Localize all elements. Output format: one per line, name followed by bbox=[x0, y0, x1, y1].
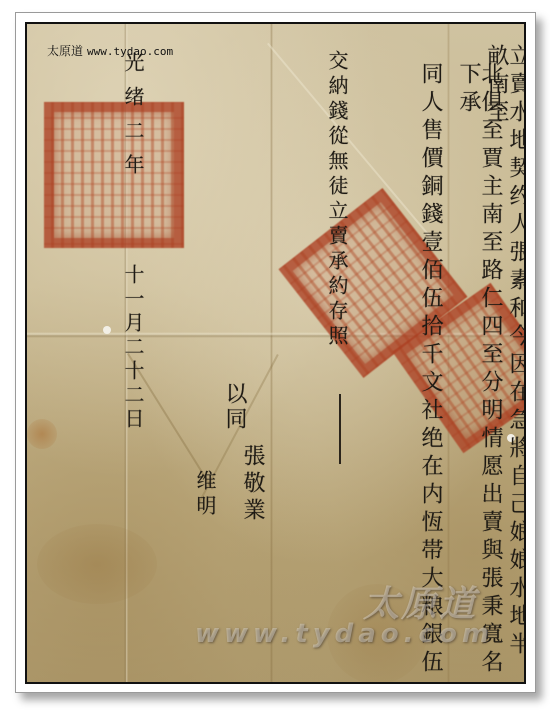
paper-hole bbox=[103, 326, 111, 334]
contract-column-4: 交納錢從無徒立賣承約存照 bbox=[327, 50, 347, 350]
witness-label: 以同 bbox=[223, 382, 245, 432]
site-label-url: www.tydao.com bbox=[87, 45, 173, 58]
site-label-cn: 太原道 bbox=[47, 44, 83, 58]
signature-name-1: 張敬業 bbox=[241, 444, 263, 525]
paper-stain bbox=[27, 419, 57, 449]
date-day: 十一月二十二日 bbox=[123, 264, 143, 432]
document-photo: 立賣水地契约人張素和今因在急將自己娘娘水地半畝南至 北俱至賈主南至路仁四至分明情… bbox=[25, 22, 526, 684]
image-stage: 立賣水地契约人張素和今因在急將自己娘娘水地半畝南至 北俱至賈主南至路仁四至分明情… bbox=[0, 0, 550, 715]
paper-crease bbox=[270, 24, 273, 682]
site-label: 太原道www.tydao.com bbox=[47, 42, 173, 59]
signature-name-2: 维明 bbox=[195, 470, 215, 520]
brush-tail-stroke bbox=[339, 394, 341, 464]
watermark-url: www.tydao.com bbox=[195, 619, 494, 649]
paper-stain bbox=[37, 524, 157, 604]
date-year: 光绪二年 bbox=[123, 52, 143, 188]
red-seal-left bbox=[44, 102, 184, 248]
